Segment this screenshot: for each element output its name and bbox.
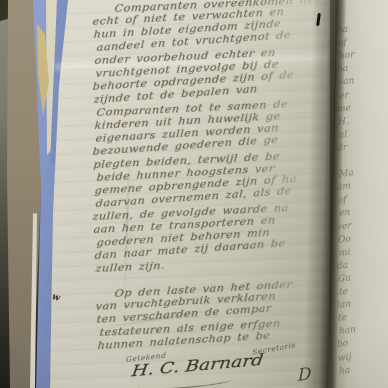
facing-page-fragment: bo [337, 339, 348, 350]
archival-register-photo: Comparanten overeenkomen hetecht of niet… [0, 0, 388, 388]
facing-page-fragment: te [338, 313, 347, 324]
facing-page-fragment: ha [339, 365, 350, 376]
facing-page-fragment: wij [338, 352, 351, 364]
manuscript-line: zullen zijn. [95, 260, 165, 275]
facing-page-fragment: mi [339, 247, 351, 258]
facing-page-fragment: te [339, 287, 348, 298]
facing-page-fragment: han [339, 325, 356, 337]
manuscript-text-block: Comparanten overeenkomen hetecht of niet… [0, 0, 340, 388]
